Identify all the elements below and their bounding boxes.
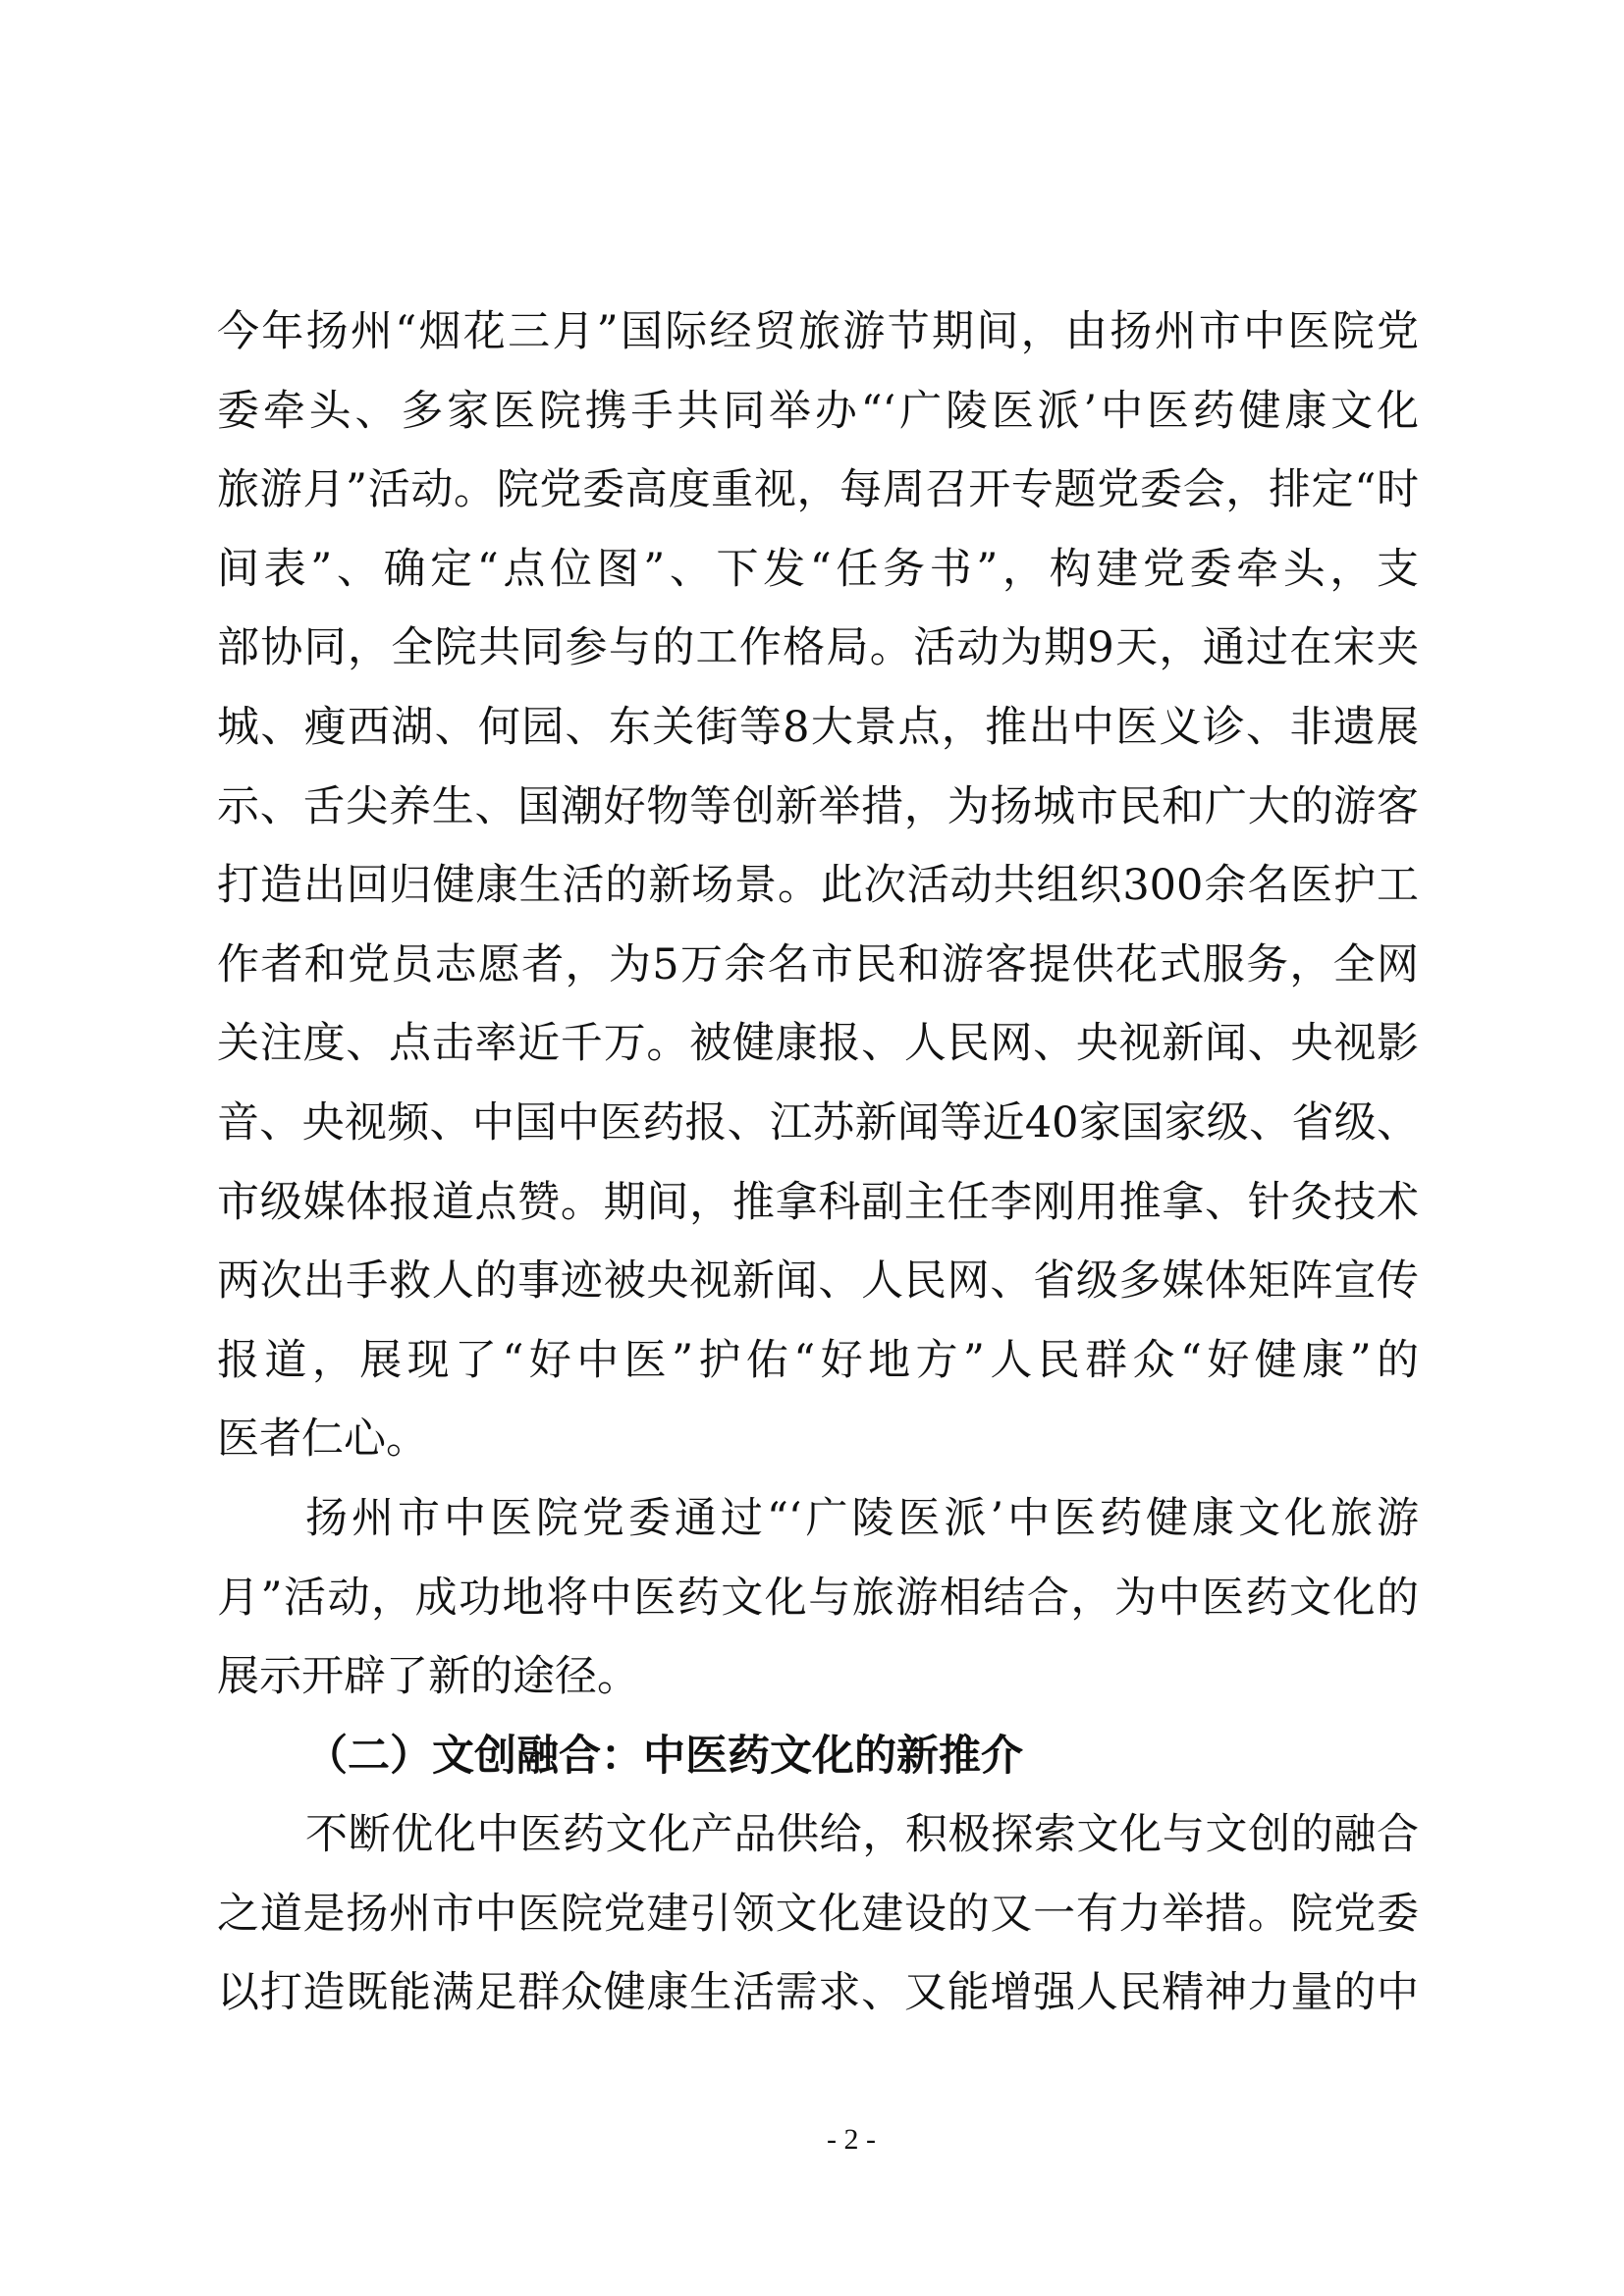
text-line: 月”活动，成功地将中医药文化与旅游相结合，为中医药文化的 xyxy=(217,1559,1419,1638)
paragraph-tourism-month-event: 今年扬州“烟花三月”国际经贸旅游节期间，由扬州市中医院党 委牵头、多家医院携手共… xyxy=(217,293,1419,1479)
body-text: 今年扬州“烟花三月”国际经贸旅游节期间，由扬州市中医院党 委牵头、多家医院携手共… xyxy=(217,293,1419,2033)
text-line: 市级媒体报道点赞。期间，推拿科副主任李刚用推拿、针灸技术 xyxy=(217,1163,1419,1243)
text-line: 医者仁心。 xyxy=(217,1400,1419,1479)
text-line: 关注度、点击率近千万。被健康报、人民网、央视新闻、央视影 xyxy=(217,1004,1419,1084)
section-heading: （二）文创融合：中医药文化的新推介 xyxy=(217,1717,1419,1796)
text-line: 部协同，全院共同参与的工作格局。活动为期9天，通过在宋夹 xyxy=(217,609,1419,688)
text-line: 打造出回归健康生活的新场景。此次活动共组织300余名医护工 xyxy=(217,846,1419,926)
text-line: 间表”、确定“点位图”、下发“任务书”，构建党委牵头，支 xyxy=(217,530,1419,610)
text-line: 两次出手救人的事迹被央视新闻、人民网、省级多媒体矩阵宣传 xyxy=(217,1242,1419,1321)
text-line: 城、瘦西湖、何园、东关街等8大景点，推出中医义诊、非遗展 xyxy=(217,688,1419,768)
text-line: 扬州市中医院党委通过“‘广陵医派’中医药健康文化旅游 xyxy=(217,1479,1419,1559)
text-line: 展示开辟了新的途径。 xyxy=(217,1637,1419,1717)
text-line: 报道，展现了“好中医”护佑“好地方”人民群众“好健康”的 xyxy=(217,1321,1419,1401)
section-heading-text: （二）文创融合：中医药文化的新推介 xyxy=(217,1717,1419,1796)
text-line: 之道是扬州市中医院党建引领文化建设的又一有力举措。院党委 xyxy=(217,1875,1419,1954)
page-number: - 2 - xyxy=(753,2120,949,2160)
paragraph-summary: 扬州市中医院党委通过“‘广陵医派’中医药健康文化旅游 月”活动，成功地将中医药文… xyxy=(217,1479,1419,1717)
text-line: 示、舌尖养生、国潮好物等创新举措，为扬城市民和广大的游客 xyxy=(217,768,1419,847)
text-line: 音、央视频、中国中医药报、江苏新闻等近40家国家级、省级、 xyxy=(217,1084,1419,1163)
text-line: 不断优化中医药文化产品供给，积极探索文化与文创的融合 xyxy=(217,1795,1419,1875)
document-page: 今年扬州“烟花三月”国际经贸旅游节期间，由扬州市中医院党 委牵头、多家医院携手共… xyxy=(0,0,1624,2296)
text-line: 今年扬州“烟花三月”国际经贸旅游节期间，由扬州市中医院党 xyxy=(217,293,1419,372)
text-line: 委牵头、多家医院携手共同举办“‘广陵医派’中医药健康文化 xyxy=(217,372,1419,452)
paragraph-cultural-creative: 不断优化中医药文化产品供给，积极探索文化与文创的融合 之道是扬州市中医院党建引领… xyxy=(217,1795,1419,2033)
text-line: 作者和党员志愿者，为5万余名市民和游客提供花式服务，全网 xyxy=(217,926,1419,1005)
text-line: 以打造既能满足群众健康生活需求、又能增强人民精神力量的中 xyxy=(217,1953,1419,2033)
text-line: 旅游月”活动。院党委高度重视，每周召开专题党委会，排定“时 xyxy=(217,451,1419,530)
